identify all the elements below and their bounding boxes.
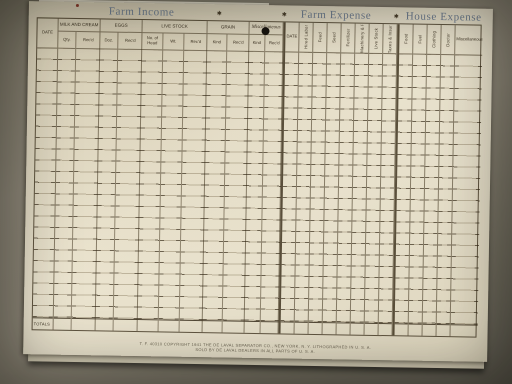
- column-header: Live Stock: [369, 24, 382, 54]
- subcolumn-label: Kind: [213, 40, 221, 45]
- subcolumn-label: Wt.: [170, 39, 176, 44]
- group-label: EGGS: [100, 19, 141, 33]
- income-group: EGGSDoz.Rec'd: [96, 19, 143, 331]
- subcolumn-label: Qty.: [63, 37, 70, 42]
- totals-cell: [451, 324, 478, 336]
- subcolumn-header: Rec'd: [118, 33, 142, 50]
- column-header: Fuel: [413, 25, 426, 55]
- subcolumn-label: Rec'd: [125, 38, 136, 43]
- column-header: Clothing: [427, 25, 440, 55]
- ledger-table: DATETOTALSMILK AND CREAMQty.Rec'dEGGSDoz…: [32, 17, 482, 337]
- totals-cell: [295, 322, 308, 334]
- house-misc-column: Miscellaneous: [451, 25, 483, 336]
- title-house-expense: House Expense: [406, 10, 482, 23]
- column-header: Food: [399, 24, 412, 54]
- totals-cell: [379, 323, 392, 335]
- group-label-text: MILK AND CREAM: [60, 22, 99, 28]
- subcolumn-header: Kind: [207, 34, 226, 51]
- column-label: Fertilizer: [345, 29, 350, 47]
- subcolumn-row: KindRec'd: [203, 34, 249, 333]
- paper-pad: Farm Income ✱ ✱ Farm Expense ✱ House Exp…: [23, 0, 493, 369]
- star-separator-icon: ✱: [217, 11, 222, 17]
- totals-cell: [365, 323, 378, 335]
- subcolumn-header: Rec'd: [76, 32, 100, 49]
- column-header: Doctor: [441, 25, 454, 55]
- ruled-cells: [451, 55, 482, 324]
- income-group: GRAINKindRec'd: [203, 21, 250, 333]
- subcolumn-label: Rec'd: [83, 38, 94, 43]
- subcolumn-label: Rec'd: [269, 41, 280, 46]
- subcolumn-header: No. of Head: [142, 33, 162, 50]
- subcolumn-header: Doz.: [100, 32, 117, 49]
- subcolumn-label: No. of Head: [143, 36, 161, 46]
- column-label: Feed: [317, 32, 322, 42]
- subcolumn-header: Rec'd: [184, 34, 207, 51]
- column-header: DATE: [37, 18, 57, 48]
- totals-cell: [309, 322, 322, 334]
- column-header: DATE: [285, 22, 298, 52]
- subcolumn-row: No. of HeadWt.Rec'd: [138, 33, 207, 332]
- column-label: Fuel: [417, 35, 422, 44]
- ledger-paper-sheet: Farm Income ✱ ✱ Farm Expense ✱ House Exp…: [23, 1, 493, 362]
- group-label: LIVE STOCK: [142, 20, 206, 34]
- group-label: MILK AND CREAM: [58, 19, 99, 33]
- hole-punch: [261, 27, 269, 35]
- star-separator-icon: ✱: [394, 14, 399, 20]
- subcolumn-label: Rec'd: [191, 39, 202, 44]
- photo-background: Farm Income ✱ ✱ Farm Expense ✱ House Exp…: [0, 0, 512, 384]
- totals-cell: [261, 321, 279, 333]
- subcolumn-label: Doz.: [105, 38, 114, 43]
- totals-cell: [395, 323, 408, 335]
- totals-cell: [323, 322, 336, 334]
- subcolumn-row: KindRec'd: [245, 35, 283, 334]
- footer-print: T. F. 40310 COPYRIGHT 1941 THE DE LAVAL …: [23, 339, 487, 357]
- subcolumn-header: Kind: [249, 35, 264, 52]
- title-farm-expense: Farm Expense: [301, 9, 372, 22]
- totals-cell: [180, 320, 203, 332]
- red-ink-spot: [76, 4, 79, 7]
- totals-cell: [281, 321, 294, 333]
- subcolumn-header: Rec'd: [227, 34, 249, 51]
- group-label-text: EGGS: [115, 23, 128, 28]
- totals-cell: [409, 324, 422, 336]
- star-separator-icon: ✱: [282, 12, 287, 18]
- totals-cell: [114, 319, 138, 331]
- column-header: Hired Labor: [299, 23, 312, 53]
- group-label-text: GRAIN: [221, 25, 235, 30]
- column-label: Machinery & Repairs: [359, 24, 364, 52]
- column-label: Clothing: [431, 31, 436, 48]
- column-header: Machinery & Repairs: [355, 24, 368, 54]
- column-label: DATE: [42, 30, 53, 35]
- column-header: Taxes & Insurance: [383, 24, 396, 54]
- subcolumn-row: Qty.Rec'd: [54, 32, 100, 331]
- income-group: MiscellaneousKindRec'd: [245, 22, 284, 334]
- column-header: Seed: [327, 23, 340, 53]
- totals-cell: [351, 323, 364, 335]
- column-label: DATE: [286, 35, 297, 40]
- totals-cell: [203, 320, 222, 332]
- group-label: GRAIN: [207, 21, 248, 35]
- group-label-text: LIVE STOCK: [161, 24, 188, 30]
- totals-cell: TOTALS: [33, 317, 53, 329]
- subcolumn-header: Qty.: [58, 32, 75, 49]
- totals-cell: [223, 320, 245, 332]
- totals-cell: [437, 324, 450, 336]
- subcolumn-label: Rec'd: [233, 40, 244, 45]
- income-group: MILK AND CREAMQty.Rec'd: [54, 19, 101, 331]
- totals-cell: [159, 319, 179, 331]
- totals-cell: [72, 318, 96, 330]
- column-header: Fertilizer: [341, 23, 354, 53]
- totals-cell: [54, 318, 71, 330]
- totals-cell: [423, 324, 436, 336]
- totals-cell: [337, 322, 350, 334]
- column-label: Seed: [331, 32, 336, 43]
- column-label: Taxes & Insurance: [387, 25, 392, 53]
- subcolumn-header: Rec'd: [265, 35, 283, 52]
- subcolumn-header: Wt.: [163, 33, 183, 50]
- totals-cell: [245, 321, 260, 333]
- totals-label: TOTALS: [34, 321, 50, 326]
- column-label: Doctor: [445, 33, 450, 47]
- column-label: Food: [403, 34, 408, 44]
- column-label: Miscellaneous: [456, 37, 481, 42]
- subcolumn-row: Doz.Rec'd: [96, 32, 142, 331]
- totals-cell: [96, 318, 113, 330]
- column-header: Miscellaneous: [455, 25, 482, 55]
- column-label: Hired Labor: [303, 25, 308, 49]
- column-header: Feed: [313, 23, 326, 53]
- column-label: Live Stock: [373, 28, 378, 49]
- totals-cell: [138, 319, 158, 331]
- income-group: LIVE STOCKNo. of HeadWt.Rec'd: [138, 20, 208, 332]
- subcolumn-label: Kind: [253, 40, 261, 45]
- title-farm-income: Farm Income: [109, 6, 175, 19]
